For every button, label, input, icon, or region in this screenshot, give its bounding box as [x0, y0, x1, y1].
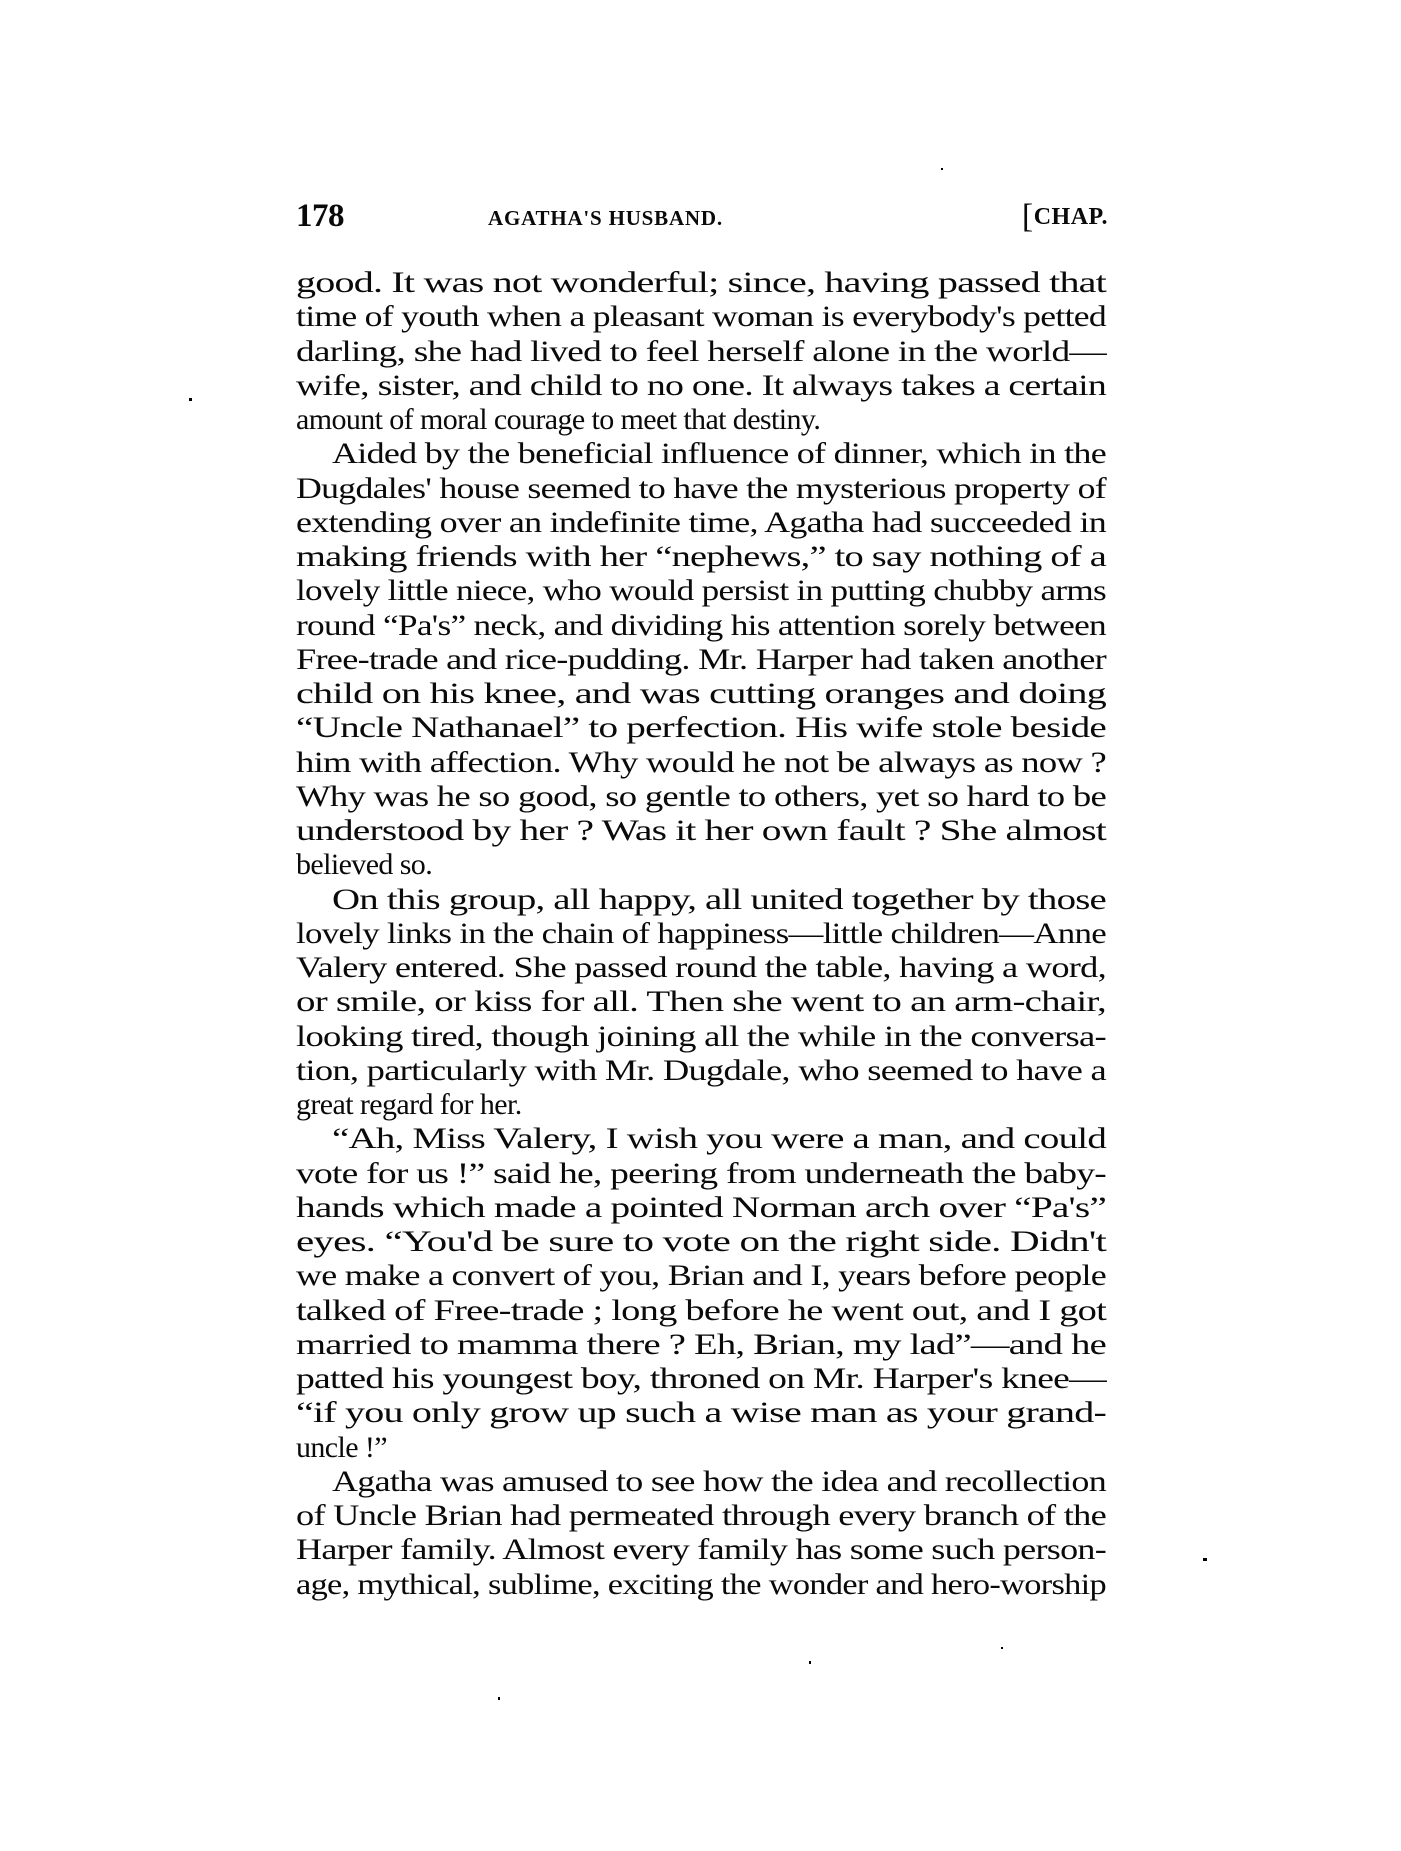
text-line: “if you only grow up such a wise man as … — [296, 1396, 1106, 1430]
text-line: On this group, all happy, all united tog… — [296, 883, 1106, 917]
line-text: making friends with her “nephews,” to sa… — [296, 540, 1106, 574]
text-line: lovely little niece, who would persist i… — [296, 574, 1106, 608]
line-text: of Uncle Brian had permeated through eve… — [296, 1499, 1106, 1533]
line-text: wife, sister, and child to no one. It al… — [296, 369, 1106, 403]
text-line: wife, sister, and child to no one. It al… — [296, 369, 1106, 403]
text-line: Dugdales' house seemed to have the myste… — [296, 472, 1106, 506]
text-line: married to mamma there ? Eh, Brian, my l… — [296, 1328, 1106, 1362]
scan-speck — [498, 1697, 500, 1700]
text-line: eyes. “You'd be sure to vote on the righ… — [296, 1225, 1106, 1259]
line-text: “Ah, Miss Valery, I wish you were a man,… — [332, 1122, 1106, 1156]
line-text: uncle !” — [296, 1431, 387, 1465]
line-text: round “Pa's” neck, and dividing his atte… — [296, 609, 1106, 643]
body-text: good. It was not wonderful; since, havin… — [296, 266, 1106, 1602]
line-text: tion, particularly with Mr. Dugdale, who… — [296, 1054, 1106, 1088]
scan-speck — [1001, 1647, 1003, 1649]
paragraph: Aided by the beneficial influence of din… — [296, 437, 1106, 882]
line-text: believed so. — [296, 848, 432, 882]
text-line: Why was he so good, so gentle to others,… — [296, 780, 1106, 814]
text-line: Harper family. Almost every family has s… — [296, 1533, 1106, 1567]
text-line: great regard for her. — [296, 1088, 1106, 1122]
page-number: 178 — [296, 196, 344, 236]
text-line: believed so. — [296, 848, 1106, 882]
scan-speck — [809, 1661, 811, 1664]
text-line: good. It was not wonderful; since, havin… — [296, 266, 1106, 300]
text-line: looking tired, though joining all the wh… — [296, 1020, 1106, 1054]
text-line: hands which made a pointed Norman arch o… — [296, 1191, 1106, 1225]
line-text: “if you only grow up such a wise man as … — [296, 1396, 1106, 1430]
line-text: good. It was not wonderful; since, havin… — [296, 266, 1106, 300]
line-text: talked of Free-trade ; long before he we… — [296, 1294, 1106, 1328]
paragraph: “Ah, Miss Valery, I wish you were a man,… — [296, 1122, 1106, 1465]
book-page: 178 Agatha's Husband. [CHAP. good. It wa… — [0, 0, 1401, 1851]
line-text: vote for us !” said he, peering from und… — [296, 1157, 1106, 1191]
scan-speck — [1203, 1558, 1207, 1561]
text-line: round “Pa's” neck, and dividing his atte… — [296, 609, 1106, 643]
line-text: Harper family. Almost every family has s… — [296, 1533, 1106, 1567]
text-line: making friends with her “nephews,” to sa… — [296, 540, 1106, 574]
line-text: looking tired, though joining all the wh… — [296, 1020, 1106, 1054]
line-text: understood by her ? Was it her own fault… — [296, 814, 1106, 848]
text-line: Free-trade and rice-pudding. Mr. Harper … — [296, 643, 1106, 677]
line-text: hands which made a pointed Norman arch o… — [296, 1191, 1106, 1225]
line-text: or smile, or kiss for all. Then she went… — [296, 985, 1106, 1019]
line-text: eyes. “You'd be sure to vote on the righ… — [296, 1225, 1106, 1259]
line-text: Valery entered. She passed round the tab… — [296, 951, 1106, 985]
line-text: Aided by the beneficial influence of din… — [332, 437, 1106, 471]
line-text: him with affection. Why would he not be … — [296, 746, 1106, 780]
text-line: darling, she had lived to feel herself a… — [296, 335, 1106, 369]
paragraph: On this group, all happy, all united tog… — [296, 883, 1106, 1123]
text-line: Agatha was amused to see how the idea an… — [296, 1465, 1106, 1499]
text-line: Aided by the beneficial influence of din… — [296, 437, 1106, 471]
line-text: extending over an indefinite time, Agath… — [296, 506, 1106, 540]
text-line: him with affection. Why would he not be … — [296, 746, 1106, 780]
line-text: Free-trade and rice-pudding. Mr. Harper … — [296, 643, 1106, 677]
text-line: of Uncle Brian had permeated through eve… — [296, 1499, 1106, 1533]
text-line: tion, particularly with Mr. Dugdale, who… — [296, 1054, 1106, 1088]
text-line: amount of moral courage to meet that des… — [296, 403, 1106, 437]
text-line: Valery entered. She passed round the tab… — [296, 951, 1106, 985]
text-line: talked of Free-trade ; long before he we… — [296, 1294, 1106, 1328]
chapter-mark: [CHAP. — [1022, 198, 1108, 236]
line-text: Agatha was amused to see how the idea an… — [332, 1465, 1106, 1499]
line-text: time of youth when a pleasant woman is e… — [296, 300, 1106, 334]
text-line: child on his knee, and was cutting orang… — [296, 677, 1106, 711]
paragraph: Agatha was amused to see how the idea an… — [296, 1465, 1106, 1602]
scan-speck — [941, 168, 943, 170]
text-line: “Uncle Nathanael” to perfection. His wif… — [296, 711, 1106, 745]
text-line: “Ah, Miss Valery, I wish you were a man,… — [296, 1122, 1106, 1156]
line-text: Why was he so good, so gentle to others,… — [296, 780, 1106, 814]
line-text: Dugdales' house seemed to have the myste… — [296, 472, 1106, 506]
text-line: vote for us !” said he, peering from und… — [296, 1157, 1106, 1191]
chapter-label: CHAP. — [1034, 204, 1108, 230]
text-line: lovely links in the chain of happiness—l… — [296, 917, 1106, 951]
running-title: Agatha's Husband. — [488, 200, 723, 236]
line-text: we make a convert of you, Brian and I, y… — [296, 1259, 1106, 1293]
line-text: patted his youngest boy, throned on Mr. … — [296, 1362, 1106, 1396]
line-text: amount of moral courage to meet that des… — [296, 403, 820, 437]
text-line: or smile, or kiss for all. Then she went… — [296, 985, 1106, 1019]
paragraph: good. It was not wonderful; since, havin… — [296, 266, 1106, 437]
line-text: On this group, all happy, all united tog… — [332, 883, 1106, 917]
line-text: lovely links in the chain of happiness—l… — [296, 917, 1106, 951]
line-text: lovely little niece, who would persist i… — [296, 574, 1106, 608]
scan-speck — [189, 398, 192, 401]
text-line: uncle !” — [296, 1431, 1106, 1465]
text-line: we make a convert of you, Brian and I, y… — [296, 1259, 1106, 1293]
line-text: age, mythical, sublime, exciting the won… — [296, 1568, 1106, 1602]
line-text: “Uncle Nathanael” to perfection. His wif… — [296, 711, 1106, 745]
line-text: child on his knee, and was cutting orang… — [296, 677, 1106, 711]
text-line: time of youth when a pleasant woman is e… — [296, 300, 1106, 334]
text-line: understood by her ? Was it her own fault… — [296, 814, 1106, 848]
text-line: age, mythical, sublime, exciting the won… — [296, 1568, 1106, 1602]
line-text: married to mamma there ? Eh, Brian, my l… — [296, 1328, 1106, 1362]
line-text: great regard for her. — [296, 1088, 522, 1122]
line-text: darling, she had lived to feel herself a… — [296, 335, 1106, 369]
text-line: patted his youngest boy, throned on Mr. … — [296, 1362, 1106, 1396]
chapter-bracket: [ — [1022, 198, 1034, 235]
running-head: 178 Agatha's Husband. [CHAP. — [296, 196, 1108, 236]
text-line: extending over an indefinite time, Agath… — [296, 506, 1106, 540]
